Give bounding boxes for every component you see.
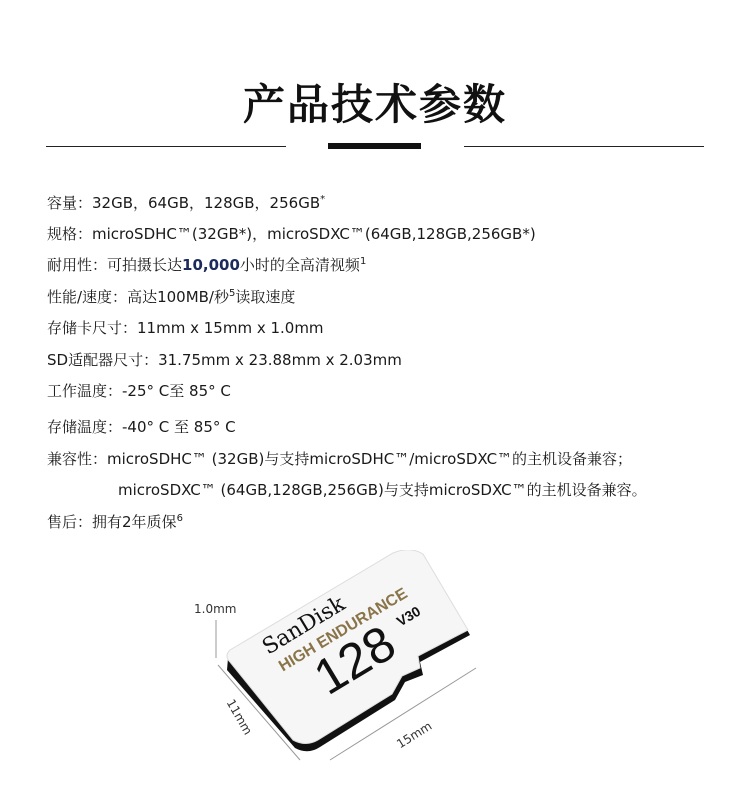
spec-operating-temp: 工作温度：-25° C至 85° C (47, 380, 231, 401)
microsd-card-illustration: SanDisk HIGH ENDURANCE 128 V30 (180, 550, 500, 800)
divider-right (464, 146, 704, 147)
dim-thickness: 1.0mm (194, 602, 236, 616)
spec-format: 规格：microSDHC™(32GB*)，microSDXC™(64GB,128… (47, 223, 536, 244)
spec-compatibility-line2: microSDXC™ (64GB,128GB,256GB)与支持microSDX… (47, 479, 647, 500)
spec-card-size: 存储卡尺寸：11mm x 15mm x 1.0mm (47, 317, 324, 338)
spec-endurance: 耐用性：可拍摄长达10,000小时的全高清视频1 (47, 254, 366, 275)
spec-capacity: 容量：32GB，64GB，128GB，256GB* (47, 192, 325, 213)
spec-warranty: 售后：拥有2年质保6 (47, 511, 183, 532)
spec-compatibility: 兼容性：microSDHC™ (32GB)与支持microSDHC™/micro… (47, 448, 632, 469)
page-title: 产品技术参数 (0, 72, 750, 132)
spec-adapter-size: SD适配器尺寸：31.75mm x 23.88mm x 2.03mm (47, 349, 402, 370)
spec-storage-temp: 存储温度：-40° C 至 85° C (47, 416, 236, 437)
divider-left (46, 146, 286, 147)
spec-performance: 性能/速度：高达100MB/秒5读取速度 (47, 286, 295, 307)
product-image: SanDisk HIGH ENDURANCE 128 V30 1.0mm 11m… (180, 550, 500, 800)
divider-center (328, 143, 421, 149)
